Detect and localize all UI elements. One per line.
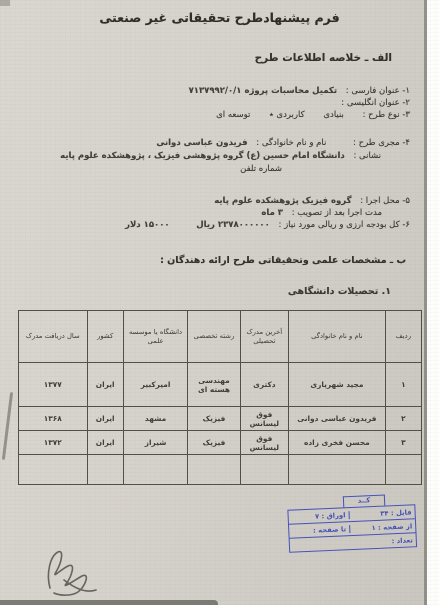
table-cell: ایران [87, 431, 123, 455]
field-label: ۵- محل اجرا : [360, 196, 410, 206]
education-table: ردیف نام و نام خانوادگی آخرین مدرک تحصیل… [18, 310, 422, 485]
table-cell: ۱ [385, 363, 421, 407]
field-label: ۳- نوع طرح : [363, 110, 410, 120]
table-cell [385, 455, 421, 485]
table-cell [289, 455, 386, 485]
table-row: ۳ محسن فخری زاده فوق لیسانس فیزیک شیراز … [19, 431, 422, 455]
option-applied: کاربردی ٭ [269, 110, 305, 120]
place-value: گروه فیزیک پژوهشکده علوم پایه [214, 196, 351, 206]
table-cell: ۲ [385, 407, 421, 431]
table-cell: مشهد [123, 407, 187, 431]
table-cell: شیراز [123, 431, 187, 455]
field-label: نشانی : [353, 151, 381, 161]
table-cell: فیزیک [188, 431, 240, 455]
stamp-file-label: فایل : ۳۴ [349, 508, 414, 519]
page-title: فرم پیشنهادطرح تحقیقاتی غیر صنعتی [60, 10, 379, 26]
scanner-background-strip [427, 0, 439, 605]
header-row-number: ردیف [385, 311, 421, 363]
name-value: فریدون عباسی دوانی [156, 138, 247, 148]
budget-dollar-value: ۱۵۰۰۰ دلار [125, 220, 170, 230]
stamp-from-page-label: از صفحه : ۱ [350, 522, 415, 533]
archive-stamp: کــد فایل : ۳۴ اوراق : ۷ از صفحه : ۱ تا … [287, 493, 417, 553]
header-specialty: رشته تخصصی [188, 311, 240, 363]
table-cell [123, 455, 187, 485]
table-cell: ۱۳۶۸ [19, 407, 88, 431]
header-full-name: نام و نام خانوادگی [289, 311, 386, 363]
stamp-to-page-label: تا صفحه : [289, 525, 350, 536]
option-developmental: توسعه ای [216, 110, 250, 120]
field-duration: مدت اجرا بعد از تصویب : ۳ ماه [261, 208, 382, 219]
table-cell: ۱۳۷۲ [19, 431, 88, 455]
field-label: ۶- کل بودجه ارزی و ریالی مورد نیاز : [279, 220, 411, 230]
scan-bottom-edge [0, 600, 218, 605]
header-country: کشور [87, 311, 123, 363]
education-heading: ۱. تحصیلات دانشگاهی [288, 286, 391, 298]
field-label: ۲- عنوان انگلیسی : [341, 98, 410, 108]
budget-rial-value: ۲۳۷۸۰۰۰۰۰۰ ریال [196, 220, 270, 230]
section-a-heading: الف ـ خلاصه اطلاعات طرح [255, 52, 392, 65]
table-cell [188, 455, 240, 485]
address-value: دانشگاه امام حسین (ع) گروه پژوهشی فیزیک … [60, 151, 345, 161]
scanned-form-page: فرم پیشنهادطرح تحقیقاتی غیر صنعتی الف ـ … [0, 0, 439, 605]
field-phone: شماره تلفن [240, 164, 282, 175]
header-last-degree: آخرین مدرک تحصیلی [240, 311, 288, 363]
table-row: ۱ مجید شهریاری دکتری مهندسی هسته ای امیر… [19, 363, 422, 407]
field-project-manager: ۴- مجری طرح : نام و نام خانوادگی : فریدو… [156, 138, 410, 149]
table-cell: ۳ [385, 431, 421, 455]
table-cell: مهندسی هسته ای [188, 363, 240, 407]
field-label: ۱- عنوان فارسی : [346, 86, 410, 96]
table-cell: محسن فخری زاده [289, 431, 386, 455]
field-persian-title: ۱- عنوان فارسی : تکمیل محاسبات پروژه ۷۱۳… [189, 86, 410, 97]
field-label: ۴- مجری طرح : [353, 138, 410, 148]
field-address: نشانی : دانشگاه امام حسین (ع) گروه پژوهش… [60, 151, 381, 162]
table-row: ۲ فریدون عباسی دوانی فوق لیسانس فیزیک مش… [19, 407, 422, 431]
field-execution-place: ۵- محل اجرا : گروه فیزیک پژوهشکده علوم پ… [214, 196, 410, 207]
field-english-title: ۲- عنوان انگلیسی : [341, 98, 410, 109]
table-cell: امیرکبیر [123, 363, 187, 407]
table-cell: دکتری [240, 363, 288, 407]
table-cell [240, 455, 288, 485]
stamp-sheets-label: اوراق : ۷ [289, 511, 350, 522]
table-cell: فیزیک [188, 407, 240, 431]
table-cell [87, 455, 123, 485]
table-cell: ایران [87, 363, 123, 407]
option-fundamental: بنیادی [323, 110, 344, 120]
name-label: نام و نام خانوادگی : [256, 138, 326, 148]
table-cell: فوق لیسانس [240, 407, 288, 431]
table-cell: فریدون عباسی دوانی [289, 407, 386, 431]
stamp-box: فایل : ۳۴ اوراق : ۷ از صفحه : ۱ تا صفحه … [287, 504, 417, 553]
field-project-type: ۳- نوع طرح : بنیادی کاربردی ٭ توسعه ای [216, 110, 410, 121]
field-label: شماره تلفن [240, 164, 282, 174]
scan-corner-artifact [0, 0, 10, 6]
table-cell [19, 455, 88, 485]
table-header-row: ردیف نام و نام خانوادگی آخرین مدرک تحصیل… [19, 311, 422, 363]
table-cell: فوق لیسانس [240, 431, 288, 455]
field-budget: ۶- کل بودجه ارزی و ریالی مورد نیاز : ۲۳۷… [125, 220, 410, 231]
section-b-heading: ب ـ مشخصات علمی وتحقیقاتی طرح ارائه دهند… [160, 255, 406, 267]
table-cell: مجید شهریاری [289, 363, 386, 407]
table-cell: ۱۳۷۷ [19, 363, 88, 407]
field-value: تکمیل محاسبات پروژه ۷۱۳۷۹۹۲/۰/۱ [189, 86, 338, 96]
signature-scribble [20, 546, 115, 604]
duration-value: ۳ ماه [261, 208, 283, 218]
header-university: دانشگاه یا موسسه علمی [123, 311, 187, 363]
table-cell: ایران [87, 407, 123, 431]
header-degree-year: سال دریافت مدرک [19, 311, 88, 363]
stamp-count-label: تعداد : [290, 536, 416, 549]
field-label: مدت اجرا بعد از تصویب : [292, 208, 382, 218]
table-row-empty [19, 455, 422, 485]
